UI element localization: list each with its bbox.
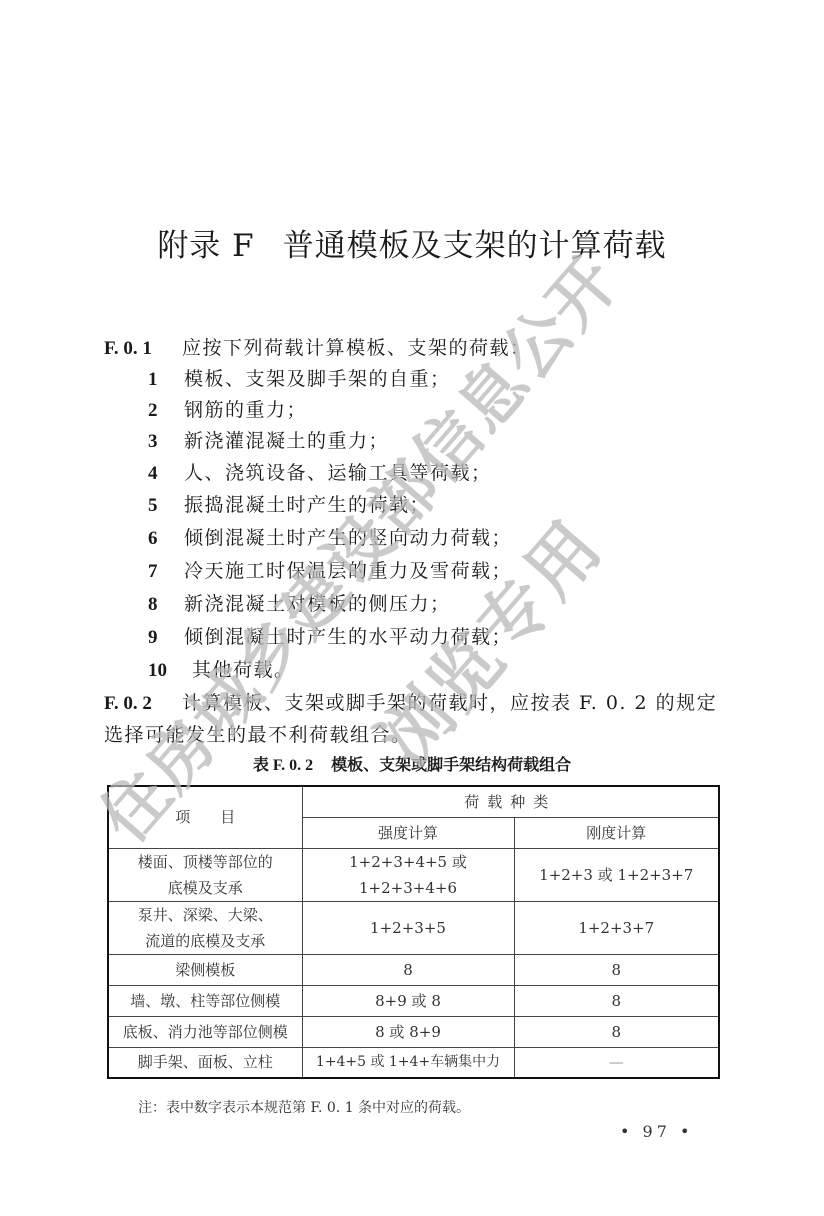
page-number: • 97 • bbox=[620, 1122, 693, 1141]
item-text: 振捣混凝土时产生的荷载； bbox=[184, 494, 430, 516]
cell-stiffness: — bbox=[514, 1047, 719, 1078]
cell-item: 脚手架、面板、立柱 bbox=[108, 1047, 302, 1078]
clause-f01: F. 0. 1应按下列荷载计算模板、支架的荷载： bbox=[104, 333, 531, 360]
table-header-row: 项 目 荷载种类 bbox=[108, 786, 719, 817]
item-number: 10 bbox=[148, 660, 192, 682]
item-number: 3 bbox=[148, 431, 184, 453]
appendix-title: 普通模板及支架的计算荷载 bbox=[283, 228, 667, 264]
clause-number: F. 0. 2 bbox=[104, 693, 182, 715]
cell-item: 底板、消力池等部位侧模 bbox=[108, 1016, 302, 1047]
table-row: 泵井、深梁、大梁、流道的底模及支承 1+2+3+5 1+2+3+7 bbox=[108, 901, 719, 954]
list-item: 4人、浇筑设备、运输工具等荷载； bbox=[148, 458, 492, 485]
item-text: 钢筋的重力； bbox=[184, 399, 307, 421]
list-item: 7冷天施工时保温层的重力及雪荷载； bbox=[148, 556, 512, 583]
item-number: 7 bbox=[148, 561, 184, 583]
clause-f02-continued: 选择可能发生的最不利荷载组合。 bbox=[104, 720, 412, 747]
clause-text: 应按下列荷载计算模板、支架的荷载： bbox=[182, 337, 531, 359]
list-item: 9倾倒混凝土时产生的水平动力荷载； bbox=[148, 622, 512, 649]
cell-stiffness: 1+2+3+7 bbox=[514, 901, 719, 954]
table-row: 脚手架、面板、立柱 1+4+5 或 1+4+车辆集中力 — bbox=[108, 1047, 719, 1078]
cell-item: 楼面、顶楼等部位的底模及支承 bbox=[108, 848, 302, 901]
cell-stiffness: 8 bbox=[514, 1016, 719, 1047]
item-number: 6 bbox=[148, 528, 184, 550]
table-note: 注：表中数字表示本规范第 F. 0. 1 条中对应的荷载。 bbox=[138, 1097, 470, 1117]
list-item: 5振捣混凝土时产生的荷载； bbox=[148, 490, 430, 517]
item-number: 2 bbox=[148, 400, 184, 422]
load-combination-table: 项 目 荷载种类 强度计算 刚度计算 楼面、顶楼等部位的底模及支承 1+2+3+… bbox=[107, 785, 720, 1079]
item-number: 4 bbox=[148, 463, 184, 485]
cell-strength: 1+2+3+5 bbox=[302, 901, 514, 954]
cell-item: 泵井、深梁、大梁、流道的底模及支承 bbox=[108, 901, 302, 954]
item-number: 1 bbox=[148, 369, 184, 391]
table-row: 梁侧模板 8 8 bbox=[108, 954, 719, 985]
cell-strength: 8 bbox=[302, 954, 514, 985]
item-number: 9 bbox=[148, 627, 184, 649]
list-item: 8新浇混凝土对模板的侧压力； bbox=[148, 589, 451, 616]
list-item: 2钢筋的重力； bbox=[148, 395, 307, 422]
list-item: 6倾倒混凝土时产生的竖向动力荷载； bbox=[148, 523, 512, 550]
table-caption: 表 F. 0. 2模板、支架或脚手架结构荷载组合 bbox=[0, 752, 824, 775]
item-text: 倾倒混凝土时产生的水平动力荷载； bbox=[184, 626, 512, 648]
cell-stiffness: 8 bbox=[514, 985, 719, 1016]
item-text: 其他荷载。 bbox=[192, 659, 295, 681]
header-strength: 强度计算 bbox=[302, 817, 514, 848]
table-row: 楼面、顶楼等部位的底模及支承 1+2+3+4+5 或1+2+3+4+6 1+2+… bbox=[108, 848, 719, 901]
document-page: 住房城乡建设部信息公开 浏览专用 附录 F普通模板及支架的计算荷载 F. 0. … bbox=[0, 0, 824, 1216]
clause-f02: F. 0. 2计算模板、支架或脚手架的荷载时，应按表 F. 0. 2 的规定 bbox=[104, 688, 717, 715]
cell-stiffness: 8 bbox=[514, 954, 719, 985]
cell-strength: 1+4+5 或 1+4+车辆集中力 bbox=[302, 1047, 514, 1078]
table-row: 底板、消力池等部位侧模 8 或 8+9 8 bbox=[108, 1016, 719, 1047]
cell-strength: 8 或 8+9 bbox=[302, 1016, 514, 1047]
item-number: 5 bbox=[148, 495, 184, 517]
cell-item: 墙、墩、柱等部位侧模 bbox=[108, 985, 302, 1016]
list-item: 10其他荷载。 bbox=[148, 655, 295, 682]
cell-item: 梁侧模板 bbox=[108, 954, 302, 985]
table-row: 墙、墩、柱等部位侧模 8+9 或 8 8 bbox=[108, 985, 719, 1016]
item-text: 模板、支架及脚手架的自重； bbox=[184, 368, 451, 390]
item-text: 倾倒混凝土时产生的竖向动力荷载； bbox=[184, 527, 512, 549]
header-item: 项 目 bbox=[108, 786, 302, 848]
item-text: 人、浇筑设备、运输工具等荷载； bbox=[184, 462, 492, 484]
cell-strength: 1+2+3+4+5 或1+2+3+4+6 bbox=[302, 848, 514, 901]
header-load-type: 荷载种类 bbox=[302, 786, 719, 817]
list-item: 3新浇灌混凝土的重力； bbox=[148, 426, 389, 453]
item-number: 8 bbox=[148, 594, 184, 616]
page-title: 附录 F普通模板及支架的计算荷载 bbox=[0, 220, 824, 265]
item-text: 新浇灌混凝土的重力； bbox=[184, 430, 389, 452]
clause-text-line-1: 计算模板、支架或脚手架的荷载时，应按表 F. 0. 2 的规定 bbox=[182, 692, 717, 714]
item-text: 新浇混凝土对模板的侧压力； bbox=[184, 593, 451, 615]
clause-number: F. 0. 1 bbox=[104, 338, 182, 360]
header-stiffness: 刚度计算 bbox=[514, 817, 719, 848]
cell-strength: 8+9 或 8 bbox=[302, 985, 514, 1016]
table-number: 表 F. 0. 2 bbox=[253, 757, 313, 774]
list-item: 1模板、支架及脚手架的自重； bbox=[148, 364, 451, 391]
item-text: 冷天施工时保温层的重力及雪荷载； bbox=[184, 560, 512, 582]
table-title: 模板、支架或脚手架结构荷载组合 bbox=[331, 755, 571, 774]
appendix-label: 附录 F bbox=[157, 228, 254, 264]
cell-stiffness: 1+2+3 或 1+2+3+7 bbox=[514, 848, 719, 901]
